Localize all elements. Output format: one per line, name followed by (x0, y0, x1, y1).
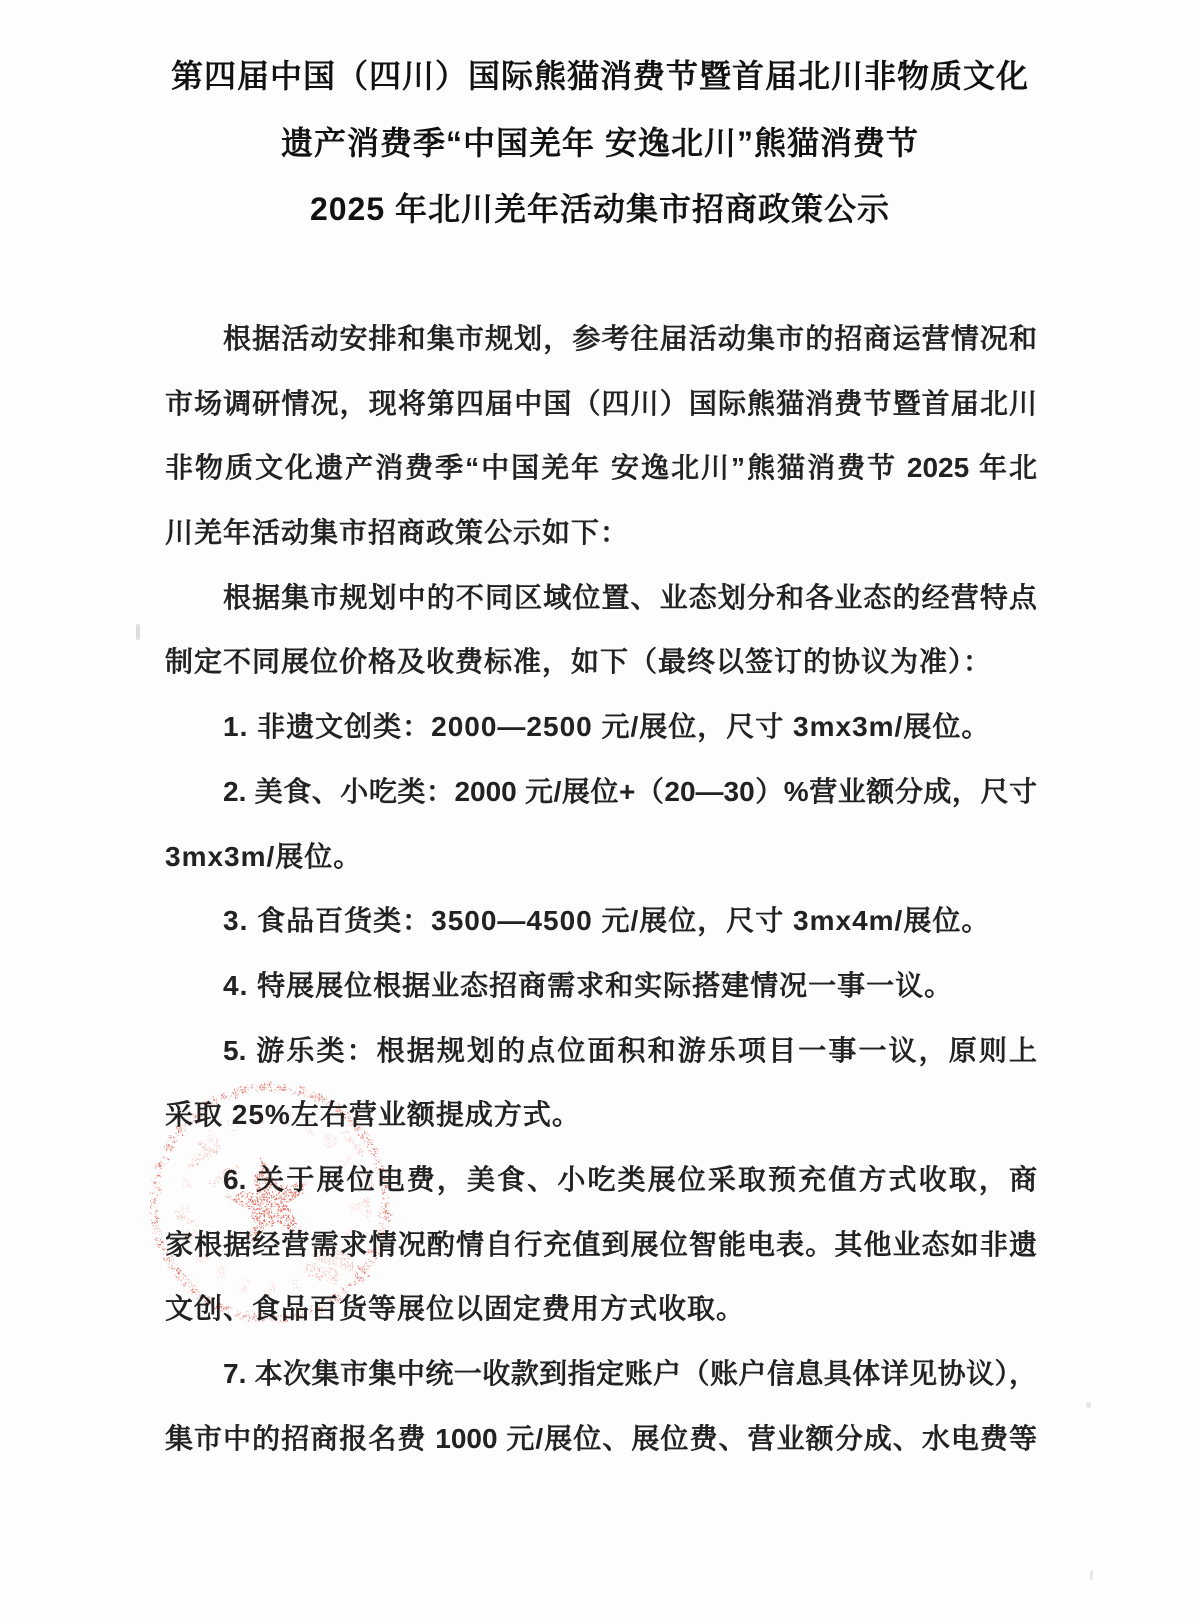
scan-noise-speck (136, 624, 140, 640)
scan-noise-speck (1086, 1402, 1091, 1408)
text-line: 2. 美食、小吃类：2000 元/展位+（20—30）%营业额分成，尺寸 (165, 760, 1037, 825)
document-title: 第四届中国（四川）国际熊猫消费节暨首届北川非物质文化遗产消费季“中国羌年 安逸北… (150, 43, 1050, 243)
text-line: 4. 特展展位根据业态招商需求和实际搭建情况一事一议。 (165, 954, 1037, 1019)
text-line: 非物质文化遗产消费季“中国羌年 安逸北川”熊猫消费节 2025 年北 (165, 436, 1037, 501)
text-line: 1. 非遗文创类：2000—2500 元/展位，尺寸 3mx3m/展位。 (165, 695, 1037, 760)
title-line: 2025 年北川羌年活动集市招商政策公示 (150, 176, 1050, 243)
text-line: 根据集市规划中的不同区域位置、业态划分和各业态的经营特点 (165, 566, 1037, 631)
seal-star (224, 1158, 310, 1245)
text-line: 川羌年活动集市招商政策公示如下： (165, 501, 1037, 566)
text-line: 制定不同展位价格及收费标准，如下（最终以签订的协议为准）： (165, 630, 1037, 695)
text-line: 市场调研情况，现将第四届中国（四川）国际熊猫消费节暨首届北川 (165, 372, 1037, 437)
scan-noise-speck (1090, 1570, 1093, 1580)
text-line: 3. 食品百货类：3500—4500 元/展位，尺寸 3mx4m/展位。 (165, 889, 1037, 954)
title-line: 第四届中国（四川）国际熊猫消费节暨首届北川非物质文化 (150, 43, 1050, 110)
text-line: 根据活动安排和集市规划，参考往届活动集市的招商运营情况和 (165, 307, 1037, 372)
red-seal-stamp (140, 1063, 410, 1353)
title-line: 遗产消费季“中国羌年 安逸北川”熊猫消费节 (150, 110, 1050, 177)
text-line: 集市中的招商报名费 1000 元/展位、展位费、营业额分成、水电费等 (165, 1407, 1037, 1472)
document-page: 第四届中国（四川）国际熊猫消费节暨首届北川非物质文化遗产消费季“中国羌年 安逸北… (0, 0, 1200, 1618)
text-line: 3mx3m/展位。 (165, 825, 1037, 890)
seal-graphics (154, 1087, 386, 1319)
